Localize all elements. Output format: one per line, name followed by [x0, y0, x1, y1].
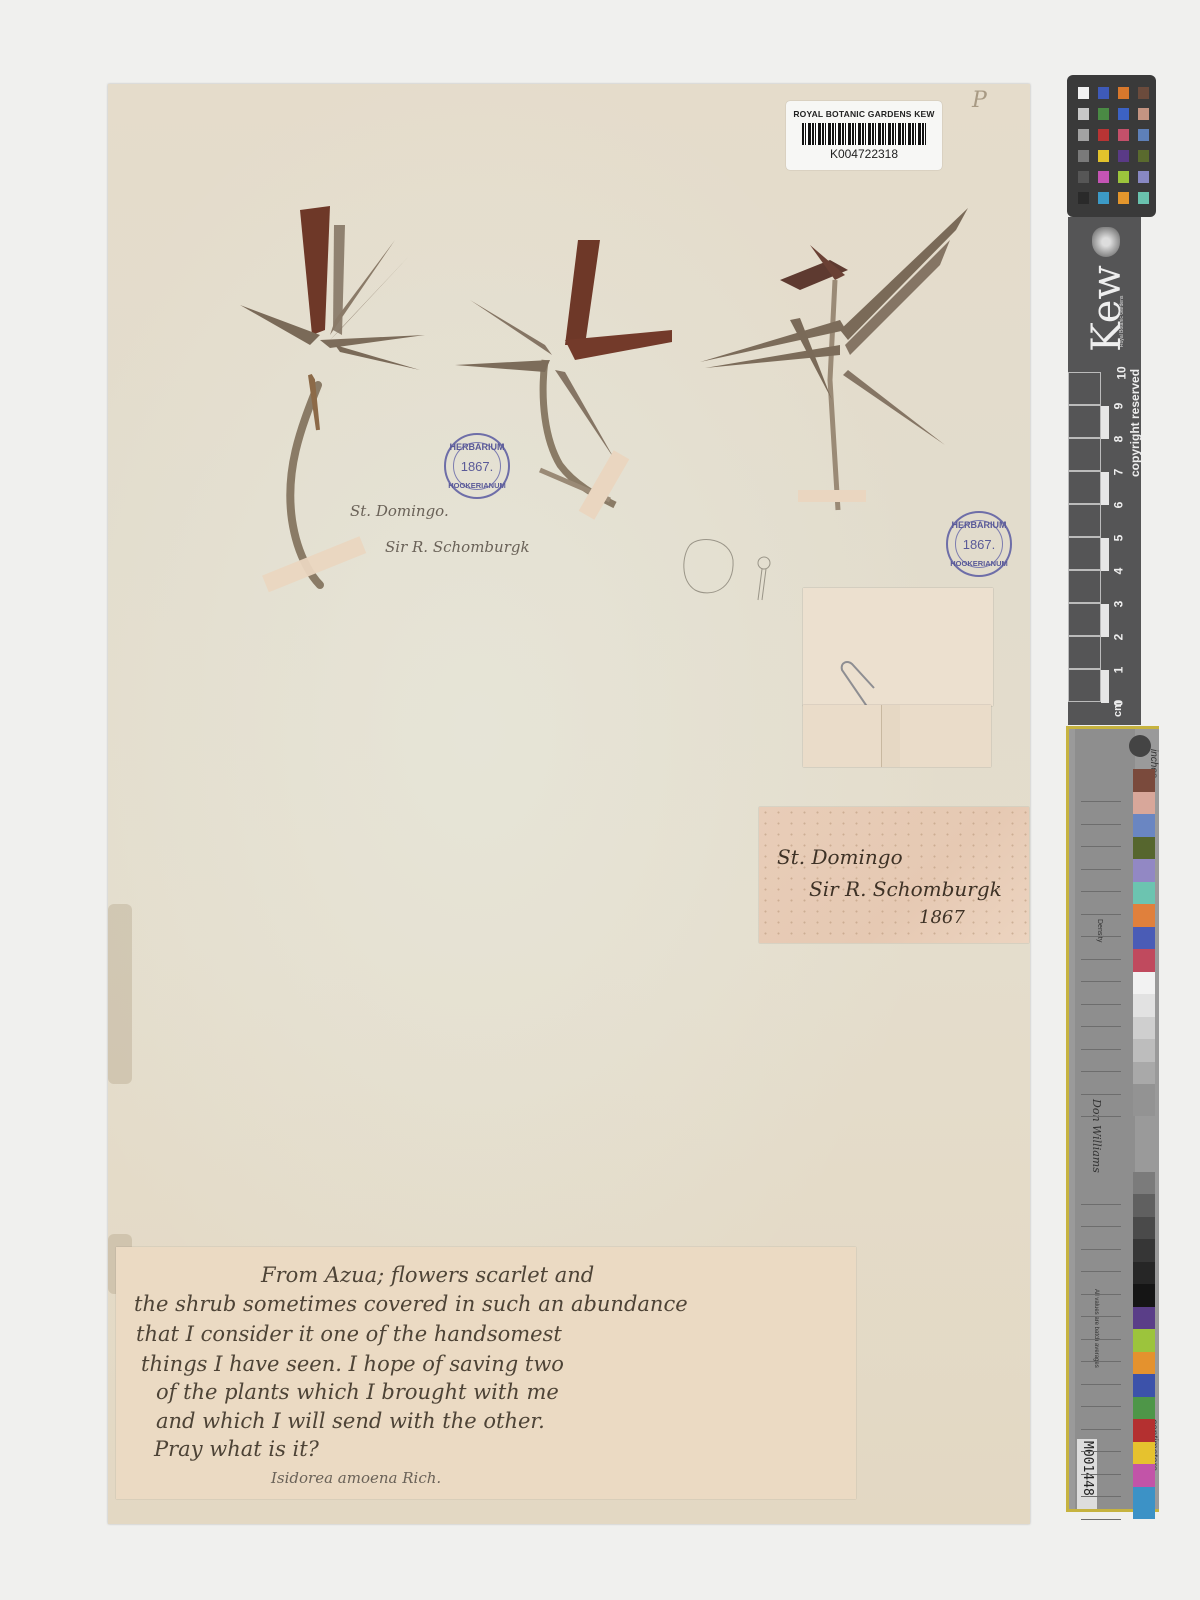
color-swatch [1138, 192, 1149, 204]
fragment-packet [803, 588, 993, 706]
color-checker [1067, 75, 1156, 217]
dissection-drawings [684, 540, 770, 600]
copyright-text: copyright reserved [1128, 369, 1142, 477]
ruler-segment [1068, 636, 1101, 669]
ruler-bar [1101, 636, 1109, 670]
ruler-segment [1068, 603, 1101, 636]
herbarium-stamp: HERBARIUM 1867. HOOKERIANUM [444, 433, 510, 499]
specimen-left [240, 206, 425, 592]
kew-crest-icon [1092, 227, 1120, 257]
color-swatch [1138, 171, 1149, 183]
ruler-number: 10 [1115, 366, 1129, 379]
ruler-bar [1101, 537, 1109, 571]
color-swatch [1098, 129, 1109, 141]
target-value-cell [1081, 1487, 1121, 1520]
ruler-number: 6 [1111, 502, 1125, 509]
packet-fold [881, 705, 900, 767]
color-swatch [1098, 87, 1109, 99]
color-target-strip: inches Density Don Williams All values a… [1066, 726, 1159, 1512]
color-swatch [1078, 171, 1089, 183]
color-swatch [1078, 129, 1089, 141]
letter-line: of the plants which I brought with me [156, 1380, 559, 1404]
letter-line: and which I will send with the other. [156, 1409, 545, 1433]
letter-line: that I consider it one of the handsomest [136, 1322, 562, 1346]
determination: Isidorea amoena Rich. [271, 1469, 441, 1487]
packet-flap-right [899, 705, 991, 767]
ruler-number: 3 [1111, 601, 1125, 608]
ruler-bar [1101, 405, 1109, 439]
herbarium-stamp: HERBARIUM 1867. HOOKERIANUM [946, 511, 1012, 577]
target-value-cell [1081, 1084, 1121, 1117]
color-swatch [1138, 87, 1149, 99]
ruler-bar [1101, 669, 1109, 703]
color-swatch [1098, 150, 1109, 162]
ruler-number: 5 [1111, 535, 1125, 542]
color-swatch [1078, 192, 1089, 204]
locality-annotation: St. Domingo. [350, 502, 449, 520]
ruler-segment [1068, 537, 1101, 570]
ruler-bar [1101, 372, 1109, 406]
ruler-number: 9 [1111, 403, 1125, 410]
ruler-number: 2 [1111, 634, 1125, 641]
color-swatch [1098, 108, 1109, 120]
ruler-segment [1068, 405, 1101, 438]
letter-line: the shrub sometimes covered in such an a… [134, 1292, 688, 1316]
ruler-segment [1068, 438, 1101, 471]
color-swatch [1078, 150, 1089, 162]
color-swatch [1118, 108, 1129, 120]
letter-line: From Azua; flowers scarlet and [261, 1263, 594, 1287]
label-locality: St. Domingo [777, 845, 903, 869]
locality-label: St. Domingo Sir R. Schomburgk 1867 [759, 807, 1029, 943]
cm-ruler: 012345678910 [1068, 372, 1109, 712]
color-swatch [1078, 108, 1089, 120]
plant-specimens [0, 0, 1040, 620]
color-swatch [1078, 87, 1089, 99]
color-swatch [1098, 171, 1109, 183]
ruler-bar [1101, 570, 1109, 604]
color-swatch [1138, 129, 1149, 141]
sheet-stain [108, 904, 132, 1084]
color-swatch [1118, 129, 1129, 141]
target-chip [1133, 1487, 1155, 1519]
color-swatch [1118, 171, 1129, 183]
color-swatch [1098, 192, 1109, 204]
ruler-number: 4 [1111, 568, 1125, 575]
color-swatch [1138, 150, 1149, 162]
ruler-segment [1068, 504, 1101, 537]
ruler-segment [1068, 372, 1101, 405]
target-chip [1133, 1084, 1155, 1116]
color-swatch [1118, 87, 1129, 99]
ruler-number: 8 [1111, 436, 1125, 443]
kew-subtitle: Royal Botanic Gardens [1119, 296, 1125, 347]
ruler-segment [1068, 471, 1101, 504]
color-swatch [1118, 150, 1129, 162]
collector-annotation: Sir R. Schomburgk [385, 538, 530, 556]
color-swatch [1118, 192, 1129, 204]
letter-line: Pray what is it? [154, 1437, 319, 1461]
letter-line: things I have seen. I hope of saving two [141, 1352, 564, 1376]
kew-scale-bar: Kew Royal Botanic Gardens 012345678910 c… [1068, 217, 1141, 725]
ruler-bar [1101, 471, 1109, 505]
ruler-number: 1 [1111, 667, 1125, 674]
ruler-bar [1101, 504, 1109, 538]
color-swatch [1138, 108, 1149, 120]
ruler-number: 7 [1111, 469, 1125, 476]
label-collector: Sir R. Schomburgk [809, 877, 1002, 901]
ruler-bar [1101, 603, 1109, 637]
ruler-segment [1068, 570, 1101, 603]
ruler-bar [1101, 438, 1109, 472]
specimen-right [700, 208, 968, 510]
ruler-segment [1068, 669, 1101, 702]
label-year: 1867 [919, 907, 965, 928]
cm-unit-label: cm [1112, 701, 1124, 717]
letter-excerpt: From Azua; flowers scarlet and the shrub… [116, 1247, 856, 1499]
